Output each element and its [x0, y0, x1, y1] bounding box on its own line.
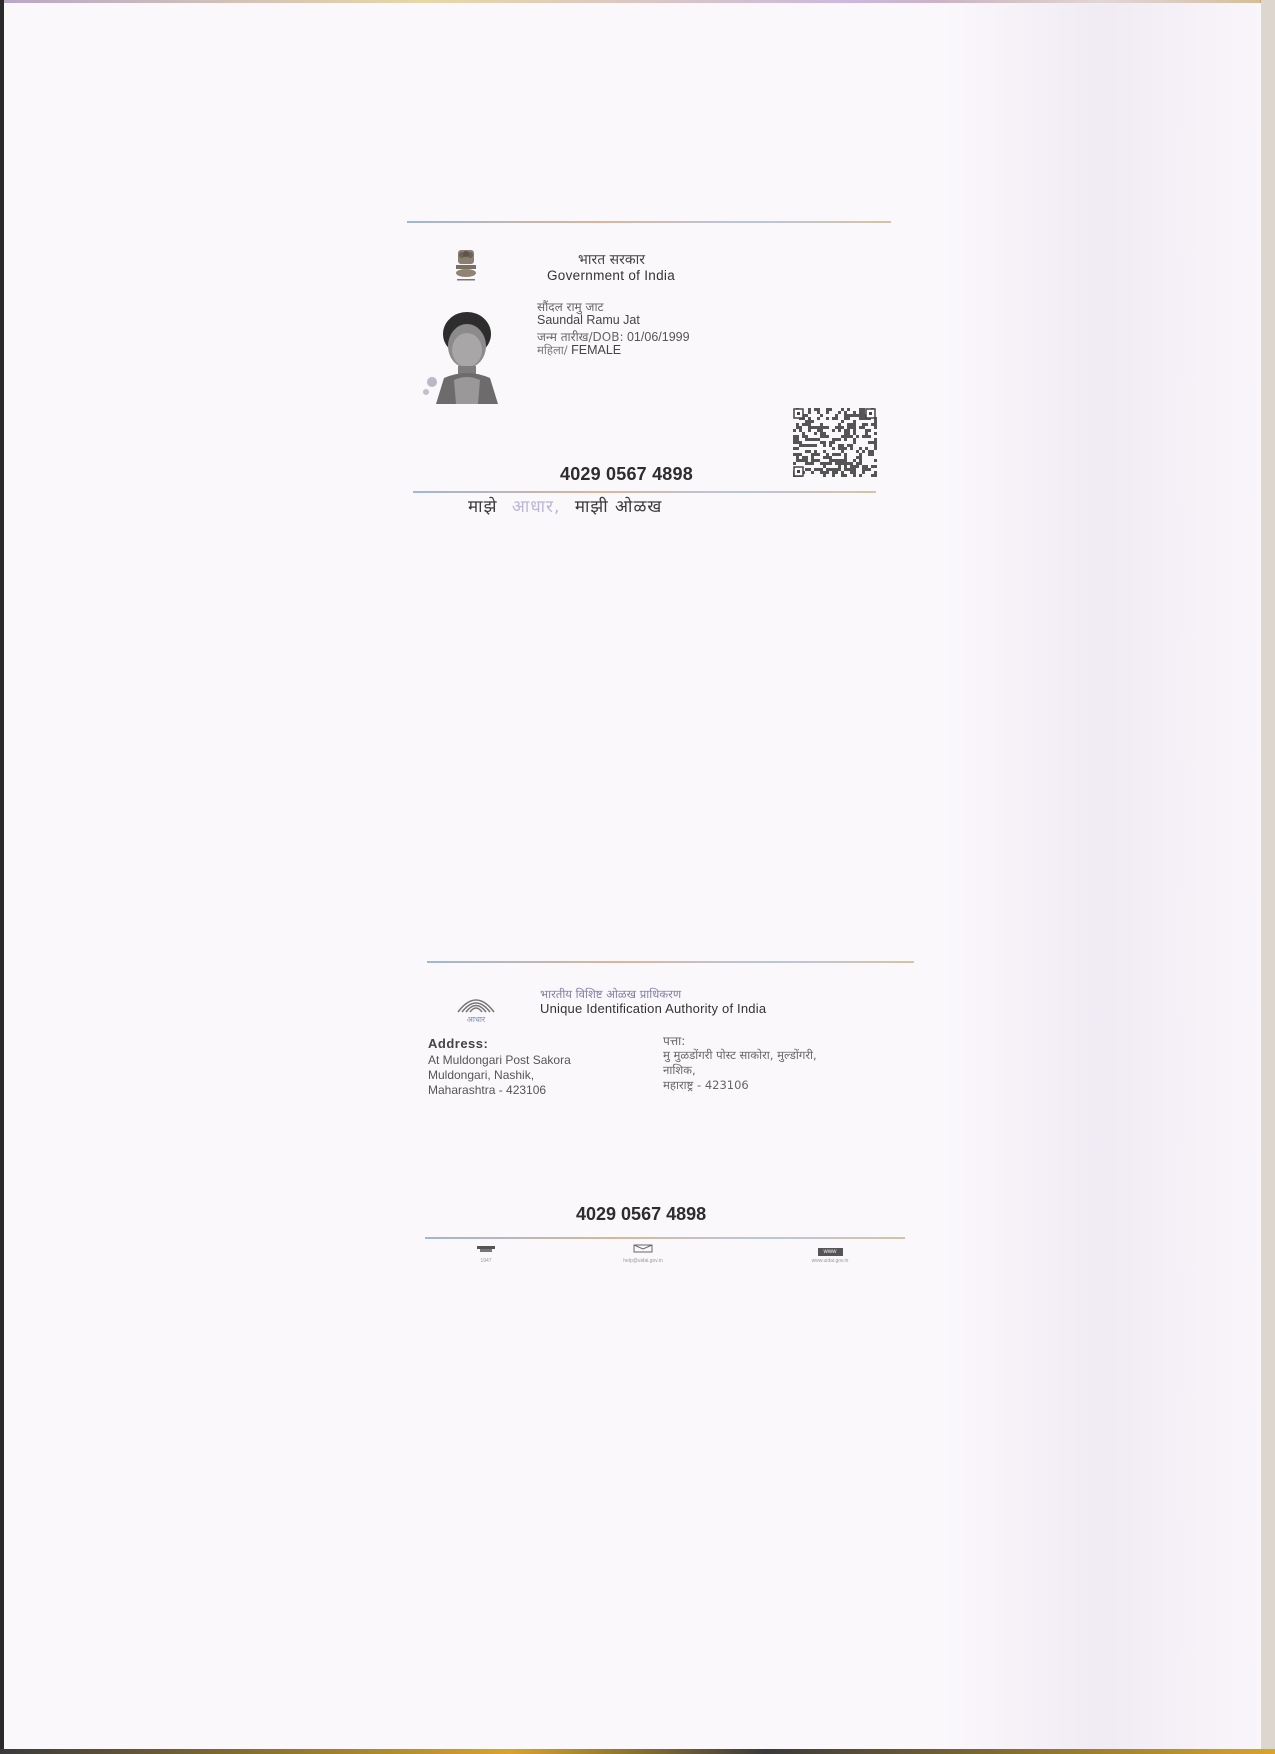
authority-hindi: भारतीय विशिष्ट ओळख प्राधिकरण	[540, 987, 681, 1002]
web-text: www.uidai.gov.in	[790, 1258, 870, 1264]
footer-web: www www.uidai.gov.in	[790, 1240, 870, 1264]
footer-email: help@uidai.gov.in	[603, 1240, 683, 1264]
aadhaar-number-back: 4029 0567 4898	[576, 1204, 706, 1225]
holder-photo	[418, 308, 512, 404]
tagline-part1: माझे	[468, 497, 497, 517]
address-line: Muldongari, Nashik,	[428, 1068, 571, 1083]
address-line: नाशिक,	[663, 1063, 817, 1078]
aadhaar-fingerprint-logo-icon: आधार	[452, 990, 500, 1024]
aadhaar-number: 4029 0567 4898	[560, 464, 693, 485]
top-divider	[407, 221, 891, 223]
gov-title-english: Government of India	[547, 268, 675, 283]
footer-phone: 1947	[474, 1240, 498, 1264]
gov-title-hindi: भारत सरकार	[578, 250, 645, 269]
gender-row: महिला/ FEMALE	[537, 343, 621, 358]
address-label-hindi: पत्ता:	[663, 1032, 685, 1049]
gender-label: महिला/	[537, 343, 568, 357]
address-line: At Muldongari Post Sakora	[428, 1053, 571, 1068]
address-label-english: Address:	[428, 1036, 488, 1051]
qr-code	[793, 408, 877, 478]
footer-divider	[425, 1237, 905, 1239]
gender-value: FEMALE	[571, 343, 621, 357]
www-icon: www	[818, 1248, 843, 1256]
ashoka-emblem-icon	[452, 248, 480, 282]
tagline-divider	[413, 491, 876, 493]
tagline: माझे आधार, माझी ओळख	[468, 494, 662, 517]
tagline-part2: आधार,	[512, 497, 561, 517]
phone-number: 1947	[474, 1258, 498, 1264]
dob-value: 01/06/1999	[627, 330, 690, 344]
scan-edge-bottom	[0, 1749, 1275, 1754]
scan-edge-left	[0, 0, 4, 1754]
address-english: At Muldongari Post Sakora Muldongari, Na…	[428, 1053, 571, 1098]
authority-english: Unique Identification Authority of India	[540, 1001, 766, 1016]
dob-label: जन्म तारीख/DOB:	[537, 330, 624, 344]
address-line: मु मुळडोंगरी पोस्ट साकोरा, मुल्डोंगरी,	[663, 1048, 817, 1063]
svg-text:आधार: आधार	[467, 1015, 486, 1024]
address-line: महाराष्ट्र - 423106	[663, 1078, 817, 1093]
holder-name-english: Saundal Ramu Jat	[537, 313, 640, 327]
scan-smudge	[940, 0, 1260, 1754]
back-top-divider	[427, 961, 914, 963]
phone-icon	[475, 1245, 497, 1253]
scan-edge-right	[1261, 0, 1275, 1754]
tagline-part3: माझी ओळख	[575, 497, 662, 517]
address-line: Maharashtra - 423106	[428, 1083, 571, 1098]
email-text: help@uidai.gov.in	[603, 1258, 683, 1264]
mail-icon	[633, 1244, 653, 1253]
address-hindi: मु मुळडोंगरी पोस्ट साकोरा, मुल्डोंगरी, न…	[663, 1048, 817, 1093]
